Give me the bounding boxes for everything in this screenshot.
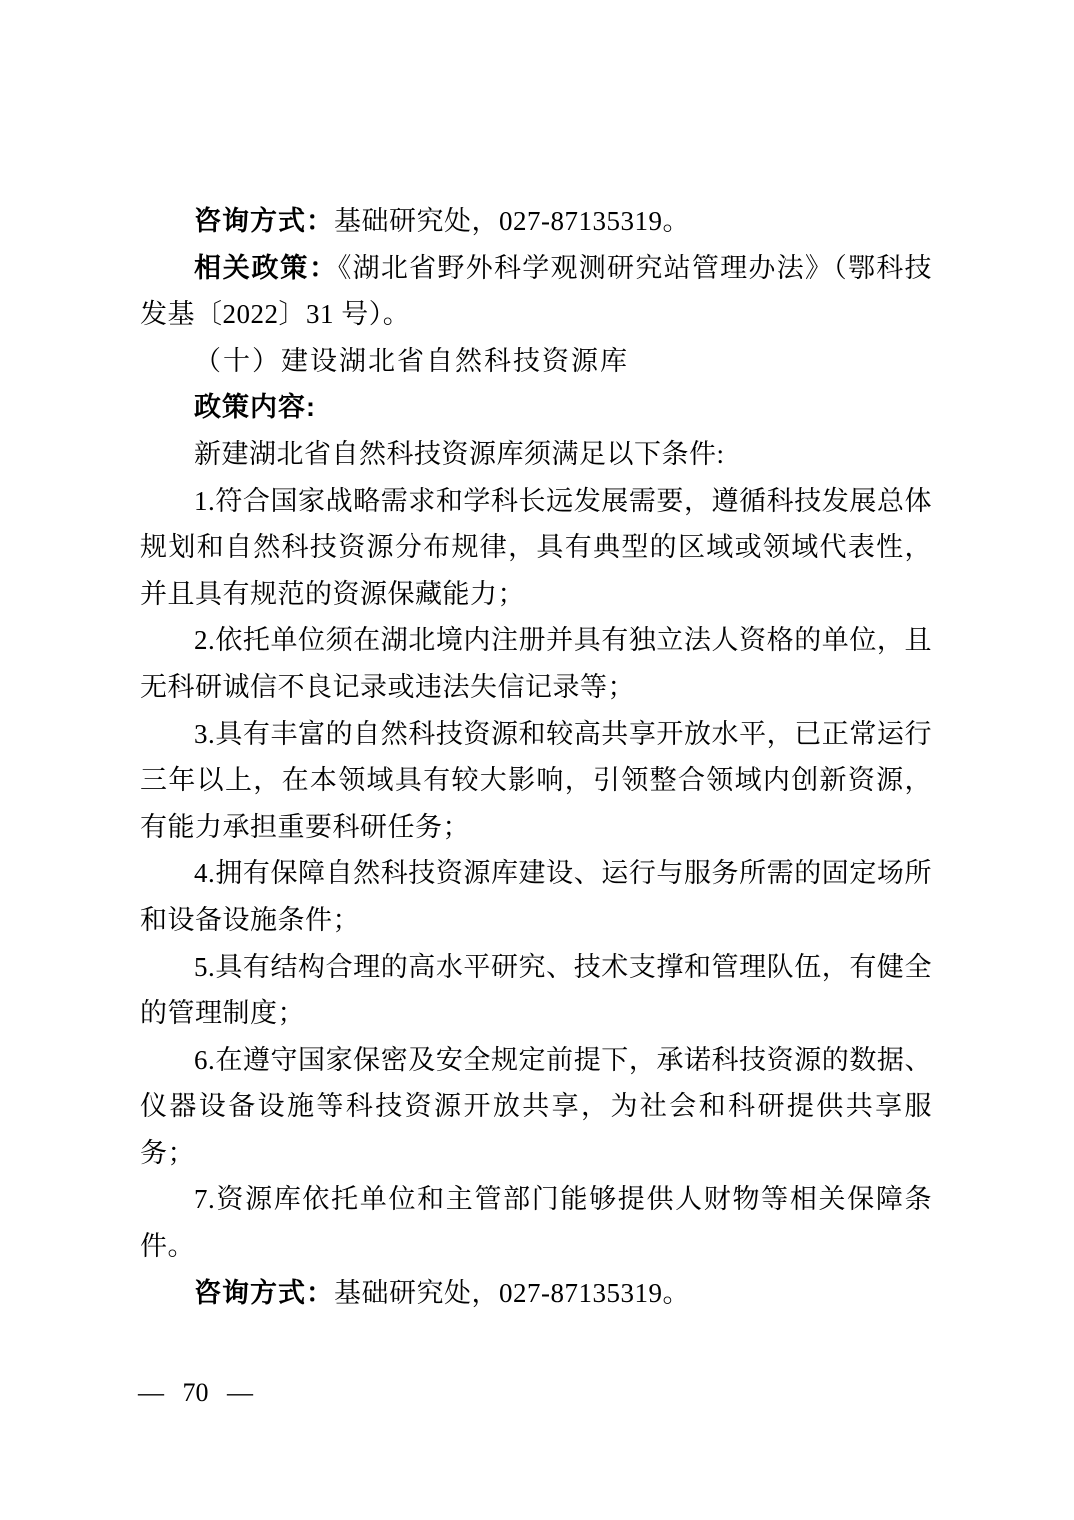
condition-item-1: 1.符合国家战略需求和学科长远发展需要，遵循科技发展总体规划和自然科技资源分布规… <box>140 478 932 618</box>
condition-item-7-text: 7.资源库依托单位和主管部门能够提供人财物等相关保障条件。 <box>140 1184 932 1261</box>
condition-item-6-text: 6.在遵守国家保密及安全规定前提下，承诺科技资源的数据、仪器设备设施等科技资源开… <box>140 1045 932 1168</box>
consult-line-top: 咨询方式：基础研究处，027-87135319。 <box>140 198 932 245</box>
consult-line-bottom: 咨询方式：基础研究处，027-87135319。 <box>140 1270 932 1317</box>
condition-item-6: 6.在遵守国家保密及安全规定前提下，承诺科技资源的数据、仪器设备设施等科技资源开… <box>140 1037 932 1177</box>
condition-item-5-text: 5.具有结构合理的高水平研究、技术支撑和管理队伍，有健全的管理制度； <box>140 952 932 1029</box>
intro-line: 新建湖北省自然科技资源库须满足以下条件: <box>140 431 932 478</box>
condition-item-2: 2.依托单位须在湖北境内注册并具有独立法人资格的单位，且无科研诚信不良记录或违法… <box>140 617 932 710</box>
related-policy-line: 相关政策：《湖北省野外科学观测研究站管理办法》（鄂科技发基〔2022〕31 号）… <box>140 245 932 338</box>
condition-item-4-text: 4.拥有保障自然科技资源库建设、运行与服务所需的固定场所和设备设施条件； <box>140 858 932 935</box>
consult-text-bottom: 基础研究处，027-87135319。 <box>334 1278 690 1308</box>
condition-item-3: 3.具有丰富的自然科技资源和较高共享开放水平，已正常运行三年以上，在本领域具有较… <box>140 711 932 851</box>
condition-item-7: 7.资源库依托单位和主管部门能够提供人财物等相关保障条件。 <box>140 1176 932 1269</box>
consult-label: 咨询方式： <box>194 206 334 236</box>
page-number: — 70 — <box>138 1378 253 1407</box>
policy-content-heading: 政策内容: <box>140 384 932 431</box>
condition-item-5: 5.具有结构合理的高水平研究、技术支撑和管理队伍，有健全的管理制度； <box>140 944 932 1037</box>
consult-text: 基础研究处，027-87135319。 <box>334 206 690 236</box>
condition-item-1-text: 1.符合国家战略需求和学科长远发展需要，遵循科技发展总体规划和自然科技资源分布规… <box>140 486 932 609</box>
section-heading-text: （十）建设湖北省自然科技资源库 <box>194 346 629 376</box>
related-policy-label: 相关政策： <box>194 253 338 283</box>
condition-item-3-text: 3.具有丰富的自然科技资源和较高共享开放水平，已正常运行三年以上，在本领域具有较… <box>140 719 932 842</box>
document-content: 咨询方式：基础研究处，027-87135319。 相关政策：《湖北省野外科学观测… <box>140 198 932 1316</box>
document-page: 咨询方式：基础研究处，027-87135319。 相关政策：《湖北省野外科学观测… <box>0 0 1074 1520</box>
policy-content-label: 政策内容: <box>194 392 316 422</box>
condition-item-2-text: 2.依托单位须在湖北境内注册并具有独立法人资格的单位，且无科研诚信不良记录或违法… <box>140 625 932 702</box>
consult-label-bottom: 咨询方式： <box>194 1278 334 1308</box>
page-footer: — 70 — <box>138 1378 253 1408</box>
condition-item-4: 4.拥有保障自然科技资源库建设、运行与服务所需的固定场所和设备设施条件； <box>140 850 932 943</box>
section-heading: （十）建设湖北省自然科技资源库 <box>140 338 932 385</box>
intro-text: 新建湖北省自然科技资源库须满足以下条件: <box>194 439 725 469</box>
